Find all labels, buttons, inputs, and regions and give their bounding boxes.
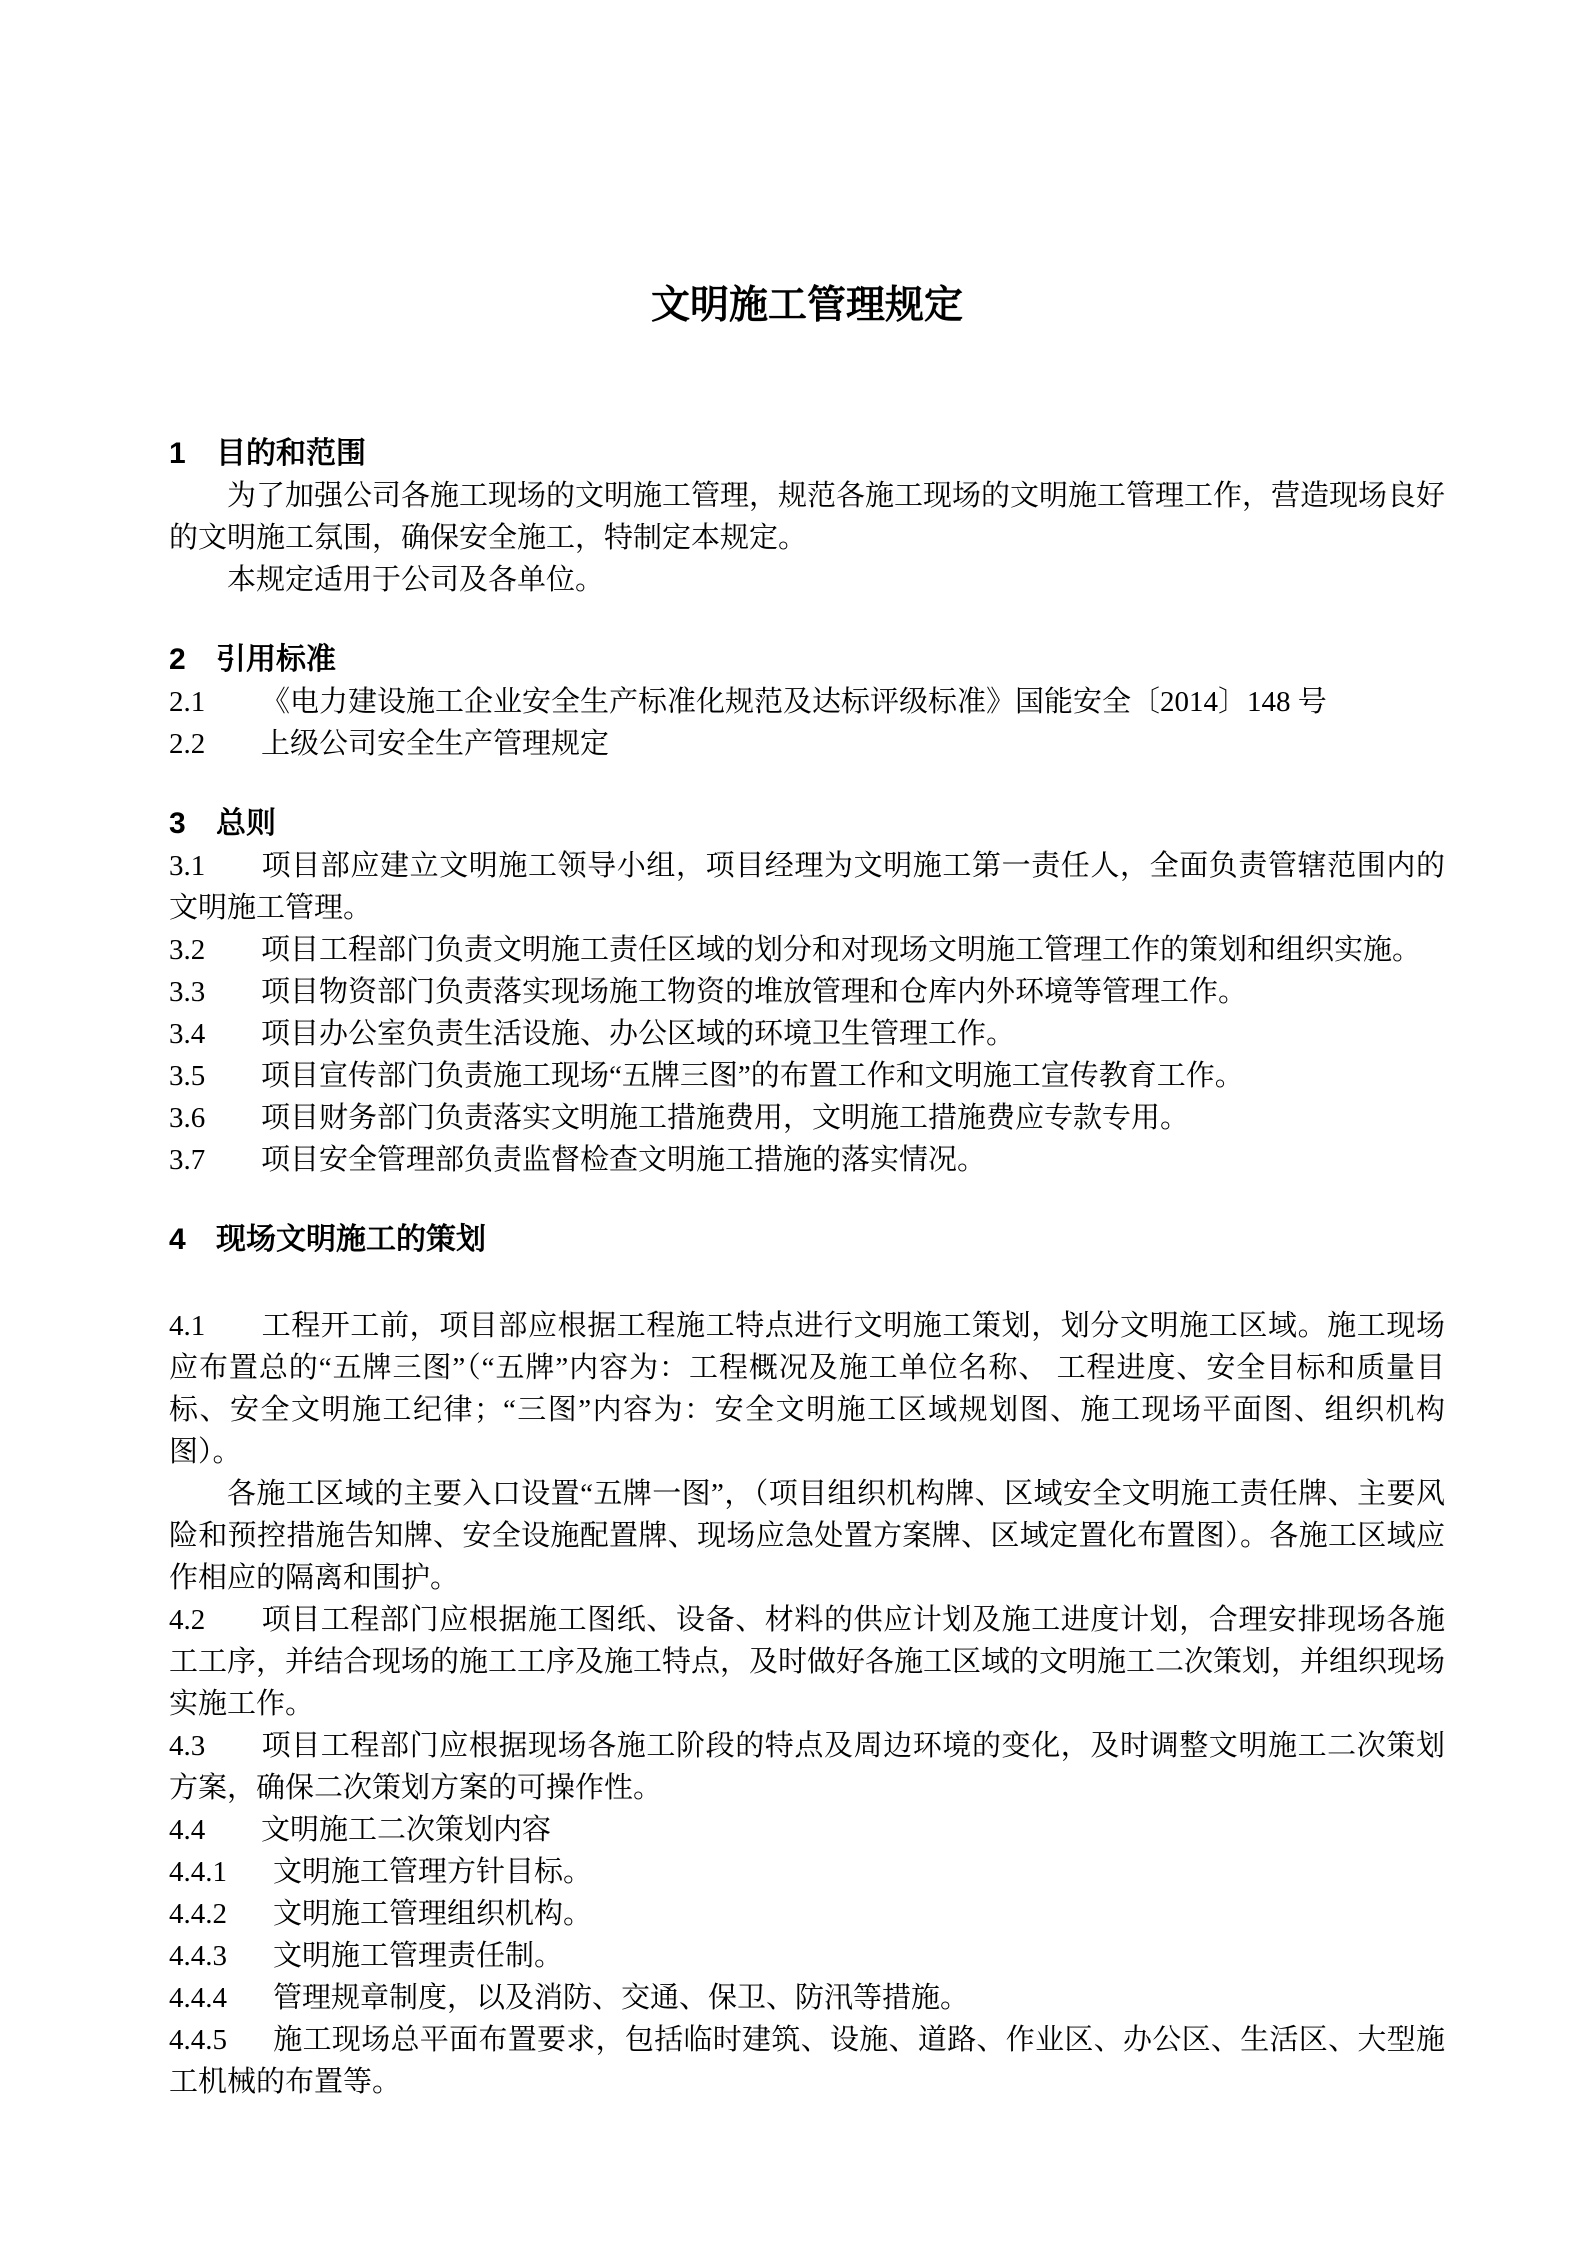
- clause-number: 2.1: [169, 681, 261, 723]
- clause-3-3: 3.3项目物资部门负责落实现场施工物资的堆放管理和仓库内外环境等管理工作。: [169, 971, 1445, 1013]
- clause-3-1: 3.1项目部应建立文明施工领导小组，项目经理为文明施工第一责任人，全面负责管辖范…: [169, 845, 1445, 929]
- clause-text: 文明施工二次策划内容: [261, 1814, 551, 1846]
- clause-3-7: 3.7项目安全管理部负责监督检查文明施工措施的落实情况。: [169, 1139, 1445, 1181]
- clause-4-2: 4.2项目工程部门应根据施工图纸、设备、材料的供应计划及施工进度计划，合理安排现…: [169, 1599, 1445, 1725]
- heading-4-site-planning: 4现场文明施工的策划: [169, 1219, 1445, 1261]
- heading-number: 1: [169, 433, 216, 475]
- clause-4-4: 4.4文明施工二次策划内容: [169, 1809, 1445, 1851]
- clause-3-4: 3.4项目办公室负责生活设施、办公区域的环境卫生管理工作。: [169, 1013, 1445, 1055]
- document-page: 文明施工管理规定 1目的和范围 为了加强公司各施工现场的文明施工管理，规范各施工…: [0, 0, 1587, 2245]
- clause-number: 4.4.4: [169, 1977, 273, 2019]
- clause-text: 《电力建设施工企业安全生产标准化规范及达标评级标准》国能安全〔2014〕148 …: [261, 686, 1327, 718]
- heading-text: 引用标准: [216, 643, 336, 676]
- clause-number: 4.4.2: [169, 1893, 273, 1935]
- clause-number: 3.7: [169, 1139, 261, 1181]
- clause-number: 3.3: [169, 971, 261, 1013]
- heading-1-purpose-scope: 1目的和范围: [169, 433, 1445, 475]
- clause-number: 3.4: [169, 1013, 261, 1055]
- clause-number: 4.4.5: [169, 2019, 273, 2061]
- clause-number: 2.2: [169, 723, 261, 765]
- clause-text: 项目财务部门负责落实文明施工措施费用，文明施工措施费应专款专用。: [261, 1102, 1189, 1134]
- clause-text: 项目宣传部门负责施工现场“五牌三图”的布置工作和文明施工宣传教育工作。: [261, 1060, 1244, 1092]
- clause-number: 3.6: [169, 1097, 261, 1139]
- clause-number: 4.4.1: [169, 1851, 273, 1893]
- clause-text: 项目工程部门应根据现场各施工阶段的特点及周边环境的变化，及时调整文明施工二次策划…: [169, 1730, 1445, 1804]
- clause-2-2: 2.2上级公司安全生产管理规定: [169, 723, 1445, 765]
- clause-number: 4.4.3: [169, 1935, 273, 1977]
- heading-number: 3: [169, 803, 216, 845]
- clause-number: 3.2: [169, 929, 261, 971]
- clause-3-2: 3.2项目工程部门负责文明施工责任区域的划分和对现场文明施工管理工作的策划和组织…: [169, 929, 1445, 971]
- heading-number: 4: [169, 1219, 216, 1261]
- clause-number: 3.5: [169, 1055, 261, 1097]
- clause-text: 工程开工前，项目部应根据工程施工特点进行文明施工策划，划分文明施工区域。施工现场…: [169, 1310, 1445, 1468]
- clause-text: 项目办公室负责生活设施、办公区域的环境卫生管理工作。: [261, 1018, 1015, 1050]
- clause-3-6: 3.6项目财务部门负责落实文明施工措施费用，文明施工措施费应专款专用。: [169, 1097, 1445, 1139]
- clause-2-1: 2.1《电力建设施工企业安全生产标准化规范及达标评级标准》国能安全〔2014〕1…: [169, 681, 1445, 723]
- clause-text: 项目部应建立文明施工领导小组，项目经理为文明施工第一责任人，全面负责管辖范围内的…: [169, 850, 1445, 924]
- heading-text: 现场文明施工的策划: [216, 1223, 486, 1256]
- clause-4-3: 4.3项目工程部门应根据现场各施工阶段的特点及周边环境的变化，及时调整文明施工二…: [169, 1725, 1445, 1809]
- para-scope: 本规定适用于公司及各单位。: [169, 559, 1445, 601]
- clause-text: 上级公司安全生产管理规定: [261, 728, 609, 760]
- clause-4-4-1: 4.4.1文明施工管理方针目标。: [169, 1851, 1445, 1893]
- clause-text: 文明施工管理组织机构。: [273, 1898, 592, 1930]
- clause-number: 4.3: [169, 1725, 261, 1767]
- clause-4-4-4: 4.4.4管理规章制度，以及消防、交通、保卫、防汛等措施。: [169, 1977, 1445, 2019]
- document-title: 文明施工管理规定: [169, 283, 1445, 329]
- clause-text: 项目工程部门负责文明施工责任区域的划分和对现场文明施工管理工作的策划和组织实施。: [261, 934, 1421, 966]
- heading-text: 目的和范围: [216, 437, 366, 470]
- clause-number: 4.1: [169, 1305, 261, 1347]
- heading-text: 总则: [216, 807, 276, 840]
- clause-4-4-3: 4.4.3文明施工管理责任制。: [169, 1935, 1445, 1977]
- clause-4-4-2: 4.4.2文明施工管理组织机构。: [169, 1893, 1445, 1935]
- clause-text: 项目工程部门应根据施工图纸、设备、材料的供应计划及施工进度计划，合理安排现场各施…: [169, 1604, 1445, 1720]
- clause-text: 管理规章制度，以及消防、交通、保卫、防汛等措施。: [273, 1982, 969, 2014]
- heading-2-references: 2引用标准: [169, 639, 1445, 681]
- clause-number: 4.4: [169, 1809, 261, 1851]
- clause-number: 4.2: [169, 1599, 261, 1641]
- clause-4-1: 4.1工程开工前，项目部应根据工程施工特点进行文明施工策划，划分文明施工区域。施…: [169, 1305, 1445, 1473]
- heading-number: 2: [169, 639, 216, 681]
- clause-text: 施工现场总平面布置要求，包括临时建筑、设施、道路、作业区、办公区、生活区、大型施…: [169, 2024, 1445, 2098]
- clause-4-4-5: 4.4.5施工现场总平面布置要求，包括临时建筑、设施、道路、作业区、办公区、生活…: [169, 2019, 1445, 2103]
- clause-3-5: 3.5项目宣传部门负责施工现场“五牌三图”的布置工作和文明施工宣传教育工作。: [169, 1055, 1445, 1097]
- clause-text: 文明施工管理方针目标。: [273, 1856, 592, 1888]
- clause-text: 项目物资部门负责落实现场施工物资的堆放管理和仓库内外环境等管理工作。: [261, 976, 1247, 1008]
- clause-text: 项目安全管理部负责监督检查文明施工措施的落实情况。: [261, 1144, 986, 1176]
- heading-3-general: 3总则: [169, 803, 1445, 845]
- clause-number: 3.1: [169, 845, 261, 887]
- clause-text: 文明施工管理责任制。: [273, 1940, 563, 1972]
- para-purpose: 为了加强公司各施工现场的文明施工管理，规范各施工现场的文明施工管理工作，营造现场…: [169, 475, 1445, 559]
- para-entrance-boards: 各施工区域的主要入口设置“五牌一图”，（项目组织机构牌、区域安全文明施工责任牌、…: [169, 1473, 1445, 1599]
